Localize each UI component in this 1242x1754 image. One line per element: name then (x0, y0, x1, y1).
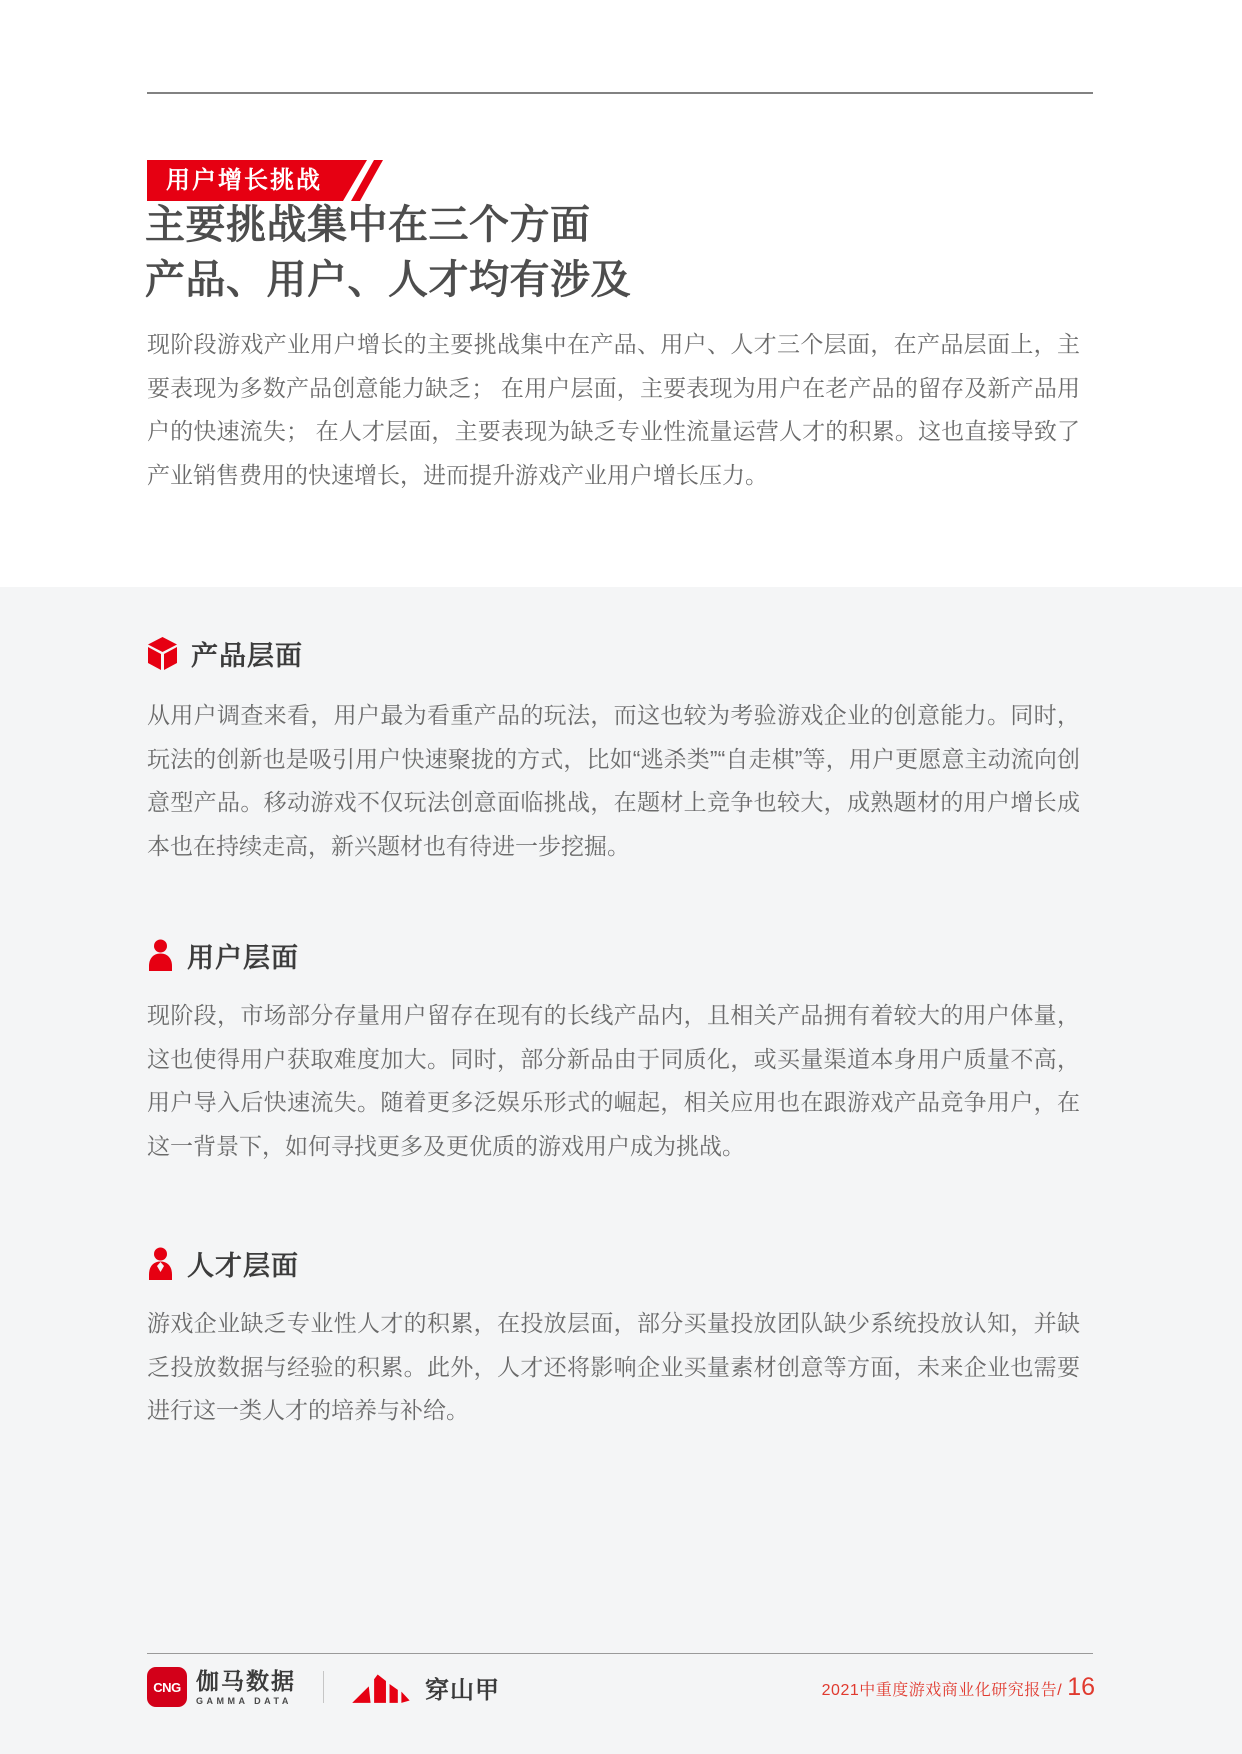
top-divider (147, 92, 1093, 94)
section-body-product: 从用户调查来看，用户最为看重产品的玩法，而这也较为考验游戏企业的创意能力。同时，… (147, 694, 1080, 868)
section-title-talent: 人才层面 (187, 1244, 299, 1283)
page-title-line1: 主要挑战集中在三个方面 (145, 198, 631, 253)
footer-page-info: 2021中重度游戏商业化研究报告/ 16 (822, 1673, 1095, 1702)
chapter-badge: 用户增长挑战 (147, 160, 383, 201)
gamma-data-logo-text: 伽马数据 GAMMA DATA (196, 1669, 296, 1706)
gamma-data-logo-icon: CNG (147, 1667, 187, 1707)
cube-icon (147, 637, 178, 671)
section-title-product: 产品层面 (191, 634, 303, 673)
footer: CNG 伽马数据 GAMMA DATA 穿山甲 2021中重度游戏商业化研究报告… (147, 1661, 1095, 1713)
section-user: 用户层面 (147, 936, 299, 975)
pangle-name: 穿山甲 (425, 1670, 500, 1705)
person-icon (147, 939, 174, 972)
report-page: 用户增长挑战 主要挑战集中在三个方面 产品、用户、人才均有涉及 现阶段游戏产业用… (0, 0, 1242, 1754)
page-title: 主要挑战集中在三个方面 产品、用户、人才均有涉及 (145, 198, 631, 308)
report-title-label: 2021中重度游戏商业化研究报告/ (822, 1677, 1063, 1700)
section-title-user: 用户层面 (187, 936, 299, 975)
footer-logo-separator (323, 1671, 324, 1703)
page-title-line2: 产品、用户、人才均有涉及 (145, 253, 631, 308)
gamma-data-subtitle: GAMMA DATA (196, 1696, 296, 1706)
page-number: 16 (1067, 1673, 1095, 1702)
section-body-user: 现阶段，市场部分存量用户留存在现有的长线产品内，且相关产品拥有着较大的用户体量，… (147, 994, 1080, 1168)
person-tie-icon (147, 1247, 174, 1281)
section-body-talent: 游戏企业缺乏专业性人才的积累，在投放层面，部分买量投放团队缺少系统投放认知，并缺… (147, 1302, 1080, 1433)
chapter-badge-label: 用户增长挑战 (166, 160, 322, 201)
gamma-data-name: 伽马数据 (196, 1669, 296, 1694)
section-talent: 人才层面 (147, 1244, 299, 1283)
intro-paragraph: 现阶段游戏产业用户增长的主要挑战集中在产品、用户、人才三个层面，在产品层面上，主… (147, 323, 1080, 497)
section-product: 产品层面 (147, 634, 303, 673)
footer-divider (147, 1653, 1093, 1654)
pangle-logo-icon (351, 1672, 415, 1703)
